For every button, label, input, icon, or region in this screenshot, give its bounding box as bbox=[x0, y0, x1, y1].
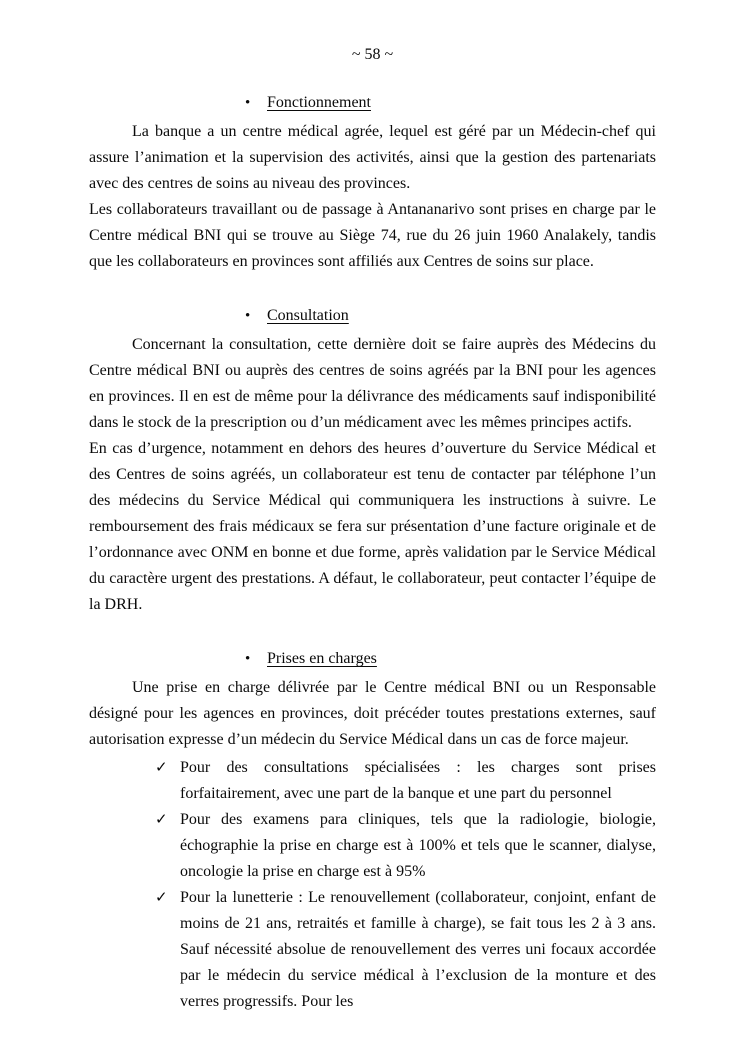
paragraph: Une prise en charge délivrée par le Cent… bbox=[89, 675, 656, 753]
bullet-icon: • bbox=[245, 303, 267, 329]
list-item: ✓Pour des examens para cliniques, tels q… bbox=[89, 807, 656, 885]
section-heading-consultation: •Consultation bbox=[245, 303, 656, 329]
check-icon: ✓ bbox=[155, 807, 168, 833]
section-heading-prises-en-charges: •Prises en charges bbox=[245, 646, 656, 672]
bullet-icon: • bbox=[245, 90, 267, 116]
list-item-text: Pour la lunetterie : Le renouvellement (… bbox=[180, 889, 656, 1010]
section-consultation: •Consultation Concernant la consultation… bbox=[89, 303, 656, 618]
check-icon: ✓ bbox=[155, 755, 168, 781]
list-item: ✓Pour des consultations spécialisées : l… bbox=[89, 755, 656, 807]
section-heading-text: Consultation bbox=[267, 307, 349, 324]
check-icon: ✓ bbox=[155, 885, 168, 911]
section-heading-fonctionnement: •Fonctionnement bbox=[245, 90, 656, 116]
section-fonctionnement: •Fonctionnement La banque a un centre mé… bbox=[89, 90, 656, 275]
paragraph: En cas d’urgence, notamment en dehors de… bbox=[89, 436, 656, 618]
paragraph: La banque a un centre médical agrée, leq… bbox=[89, 119, 656, 197]
document-page: ~ 58 ~ •Fonctionnement La banque a un ce… bbox=[0, 0, 744, 1053]
section-heading-text: Fonctionnement bbox=[267, 94, 371, 111]
list-item: ✓Pour la lunetterie : Le renouvellement … bbox=[89, 885, 656, 1015]
section-heading-text: Prises en charges bbox=[267, 650, 377, 667]
list-item-text: Pour des examens para cliniques, tels qu… bbox=[180, 811, 656, 880]
page-number: ~ 58 ~ bbox=[89, 42, 656, 68]
paragraph: Concernant la consultation, cette derniè… bbox=[89, 332, 656, 436]
list-item-text: Pour des consultations spécialisées : le… bbox=[180, 759, 656, 802]
check-list: ✓Pour des consultations spécialisées : l… bbox=[89, 755, 656, 1015]
section-prises-en-charges: •Prises en charges Une prise en charge d… bbox=[89, 646, 656, 1015]
paragraph: Les collaborateurs travaillant ou de pas… bbox=[89, 197, 656, 275]
bullet-icon: • bbox=[245, 646, 267, 672]
